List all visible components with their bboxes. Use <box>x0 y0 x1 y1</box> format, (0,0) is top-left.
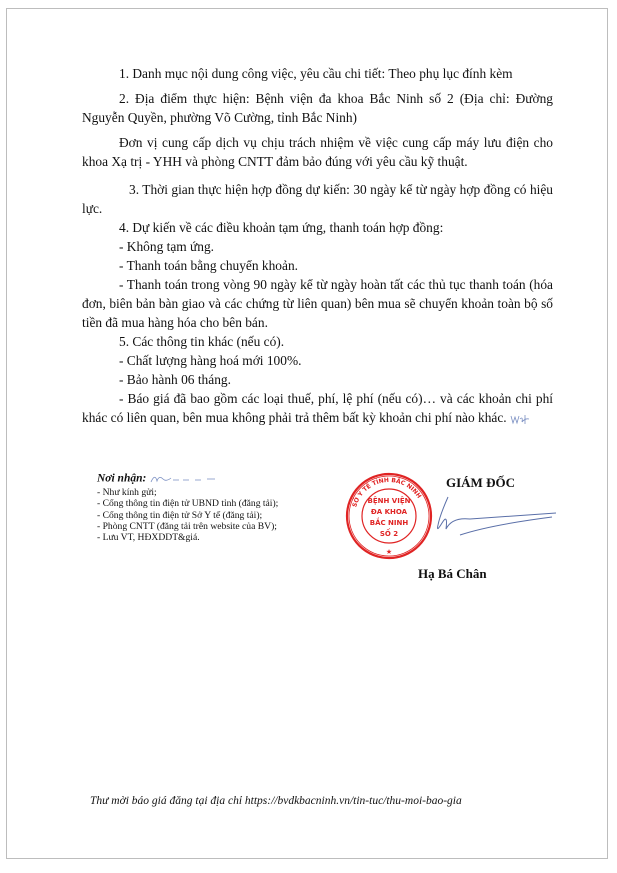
paragraph-duration: 3. Thời gian thực hiện hợp đồng dự kiến:… <box>82 180 553 218</box>
footer-note: Thư mời báo giá đăng tại địa chỉ https:/… <box>90 795 462 807</box>
recipients-block: Nơi nhận: - Như kính gửi; - Cổng thông t… <box>97 473 278 543</box>
document-body: 1. Danh mục nội dung công việc, yêu cầu … <box>82 64 553 427</box>
paragraph-other-info: 5. Các thông tin khác (nếu có). <box>82 332 553 351</box>
paragraph-payment-terms: 4. Dự kiến về các điều khoản tạm ứng, th… <box>82 218 553 237</box>
signature-title: GIÁM ĐỐC <box>446 475 515 491</box>
svg-text:★: ★ <box>386 548 392 556</box>
paragraph-transfer: - Thanh toán bằng chuyển khoản. <box>82 256 553 275</box>
paragraph-warranty: - Bảo hành 06 tháng. <box>82 370 553 389</box>
svg-text:ĐA KHOA: ĐA KHOA <box>371 508 408 516</box>
director-signature-icon <box>430 495 560 545</box>
recipients-title: Nơi nhận: <box>97 473 278 485</box>
quote-inclusive-text: - Báo giá đã bao gồm các loại thuế, phí,… <box>82 391 553 425</box>
recipient-item: - Lưu VT, HĐXDDT&giá. <box>97 532 278 543</box>
recipient-item: - Cổng thông tin điện tử UBND tỉnh (đăng… <box>97 498 278 509</box>
initials-signature-icon <box>510 413 530 425</box>
paragraph-quote-inclusive: - Báo giá đã bao gồm các loại thuế, phí,… <box>82 389 553 427</box>
paragraph-scope: 1. Danh mục nội dung công việc, yêu cầu … <box>82 64 553 83</box>
official-stamp-icon: SỞ Y TẾ TỈNH BẮC NINH BỆNH VIỆN ĐA KHOA … <box>345 472 433 560</box>
paragraph-payment-period: - Thanh toán trong vòng 90 ngày kể từ ng… <box>82 275 553 332</box>
svg-text:SỐ 2: SỐ 2 <box>380 528 398 538</box>
svg-text:BẮC NINH: BẮC NINH <box>370 517 409 527</box>
svg-text:BỆNH VIỆN: BỆNH VIỆN <box>368 496 411 505</box>
recipient-item: - Phòng CNTT (đăng tải trên website của … <box>97 521 278 532</box>
recipient-item: - Như kính gửi; <box>97 487 278 498</box>
paragraph-quality: - Chất lượng hàng hoá mới 100%. <box>82 351 553 370</box>
paragraph-location: 2. Địa điểm thực hiện: Bệnh viện đa khoa… <box>82 89 553 127</box>
paragraph-no-advance: - Không tạm ứng. <box>82 237 553 256</box>
paragraph-responsibility: Đơn vị cung cấp dịch vụ chịu trách nhiệm… <box>82 133 553 171</box>
initials-signature-icon <box>149 473 229 485</box>
recipient-item: - Cổng thông tin điện tử Sở Y tế (đăng t… <box>97 510 278 521</box>
signer-name: Hạ Bá Chân <box>418 566 487 582</box>
